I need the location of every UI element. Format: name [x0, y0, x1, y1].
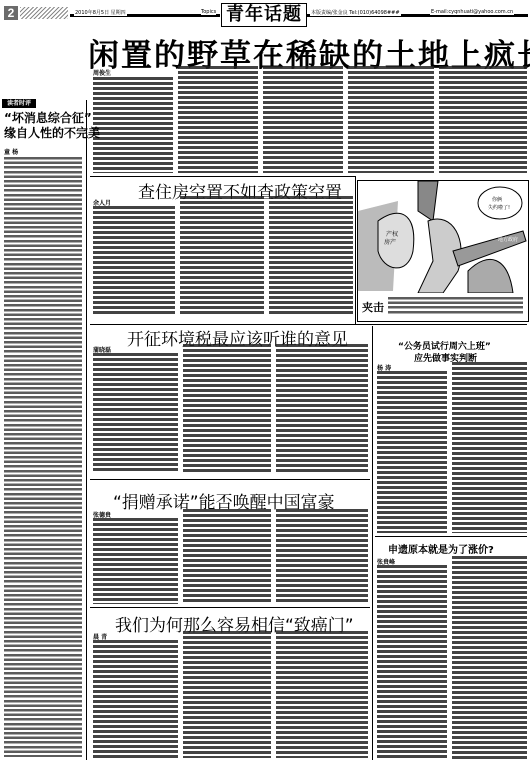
page-number: 2	[4, 6, 18, 20]
article-body-donation-col2	[183, 509, 271, 604]
svg-text:产权: 产权	[386, 230, 398, 238]
cartoon-label: 夹击	[362, 299, 384, 315]
main-article-col1	[93, 77, 173, 173]
cartoon-caption	[388, 297, 523, 315]
divider	[90, 607, 370, 608]
sidebar-divider	[86, 100, 87, 760]
article-body-cancer-col3	[276, 631, 368, 758]
section-title: 青年话题	[221, 3, 307, 27]
main-article-col3	[263, 66, 343, 173]
article-body-donation-col1	[93, 518, 178, 604]
article-body-heritage-col2	[452, 556, 527, 759]
issue-date: 2010年8月5日 星期四	[74, 9, 127, 16]
article-body-cancer-col2	[183, 631, 271, 758]
article-headline-heritage: 申遗原本就是为了涨价?	[388, 541, 494, 556]
main-article-col2	[178, 66, 258, 173]
article-body-envtax-col1	[93, 353, 178, 473]
svg-text:你俩: 你俩	[492, 196, 502, 203]
article-body-heritage-col1	[377, 565, 447, 759]
cartoon-illustration: 你俩 失约啦了! 产权 房产 地方政府 夹击	[357, 180, 529, 322]
svg-text:失约啦了!: 失约啦了!	[488, 204, 510, 211]
article-body-envtax-col2	[183, 344, 271, 473]
article-body-housing-col2	[180, 196, 264, 316]
article-body-civilservant-col2	[452, 362, 527, 533]
sidebar-body	[4, 157, 82, 757]
divider	[375, 536, 527, 537]
svg-text:房产: 房产	[384, 238, 396, 246]
article-body-cancer-col1	[93, 640, 178, 758]
cartoon-drawing-icon: 你俩 失约啦了! 产权 房产 地方政府	[358, 181, 528, 293]
main-article-col4	[348, 66, 434, 173]
sidebar-tag: 读者时评	[2, 99, 36, 108]
main-article-col5	[439, 66, 527, 173]
article-body-envtax-col3	[276, 344, 368, 473]
divider	[90, 176, 355, 177]
divider	[90, 479, 370, 480]
sidebar-author: 童 杨	[4, 147, 18, 156]
article-body-civilservant-col1	[377, 371, 447, 533]
topics-label: Topics	[201, 9, 216, 15]
article-body-housing-col1	[93, 206, 175, 316]
svg-text:地方政府: 地方政府	[498, 236, 518, 243]
masthead-logo	[20, 7, 68, 19]
divider	[355, 176, 356, 324]
article-body-donation-col3	[276, 509, 368, 604]
article-body-housing-col3	[269, 196, 353, 316]
editor-email: E-mail:cyqnhuati@yahoo.com.cn	[430, 9, 514, 15]
main-author: 周俊生	[93, 68, 111, 77]
editor-info: 本版责编/张金良 Tel:(010)64098###	[310, 9, 401, 16]
divider	[372, 326, 373, 760]
